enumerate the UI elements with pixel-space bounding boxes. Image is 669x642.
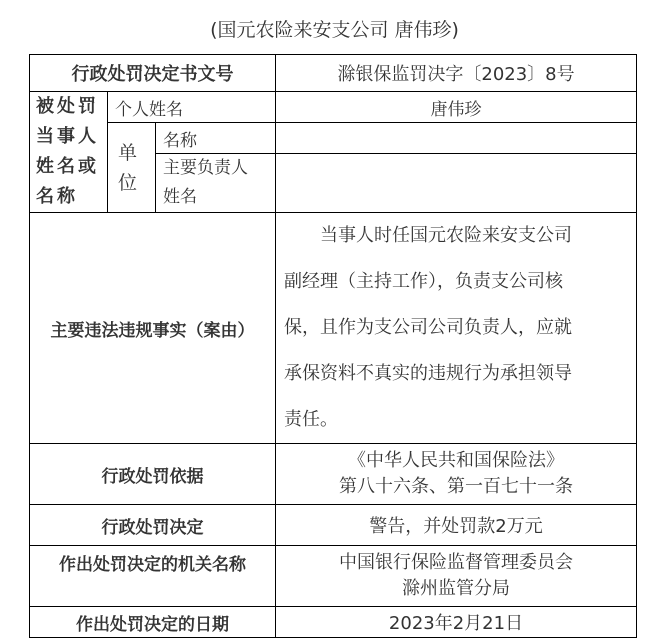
decision-value: 警告，并处罚款2万元: [276, 505, 637, 546]
party-label-line: 当事人: [36, 122, 107, 152]
decision-label: 行政处罚决定: [30, 505, 276, 546]
authority-value: 中国银行保险监督管理委员会 滁州监管分局: [276, 546, 637, 607]
document-title: (国元农险来安支公司 唐伟珍): [0, 16, 669, 44]
unit-name-value: [276, 123, 637, 154]
individual-name-value: 唐伟珍: [276, 92, 637, 123]
date-label: 作出处罚决定的日期: [30, 607, 276, 638]
facts-value: 当事人时任国元农险来安支公司 副经理（主持工作），负责支公司核 保，且作为支公司…: [276, 213, 637, 444]
row-unit-name: 单 位 名称: [30, 123, 637, 154]
authority-line: 滁州监管分局: [276, 576, 636, 602]
date-value: 2023年2月21日: [276, 607, 637, 638]
facts-line: 副经理（主持工作），负责支公司核: [284, 259, 628, 305]
penalty-table: 行政处罚决定书文号 滁银保监罚决字〔2023〕8号 被处罚 当事人 姓名或 名称…: [29, 54, 637, 638]
facts-line: 责任。: [284, 397, 628, 443]
basis-line: 《中华人民共和国保险法》: [276, 448, 636, 474]
row-individual: 被处罚 当事人 姓名或 名称 个人姓名 唐伟珍: [30, 92, 637, 123]
row-facts: 主要违法违规事实（案由） 当事人时任国元农险来安支公司 副经理（主持工作），负责…: [30, 213, 637, 444]
row-basis: 行政处罚依据 《中华人民共和国保险法》 第八十六条、第一百七十一条: [30, 444, 637, 505]
party-label-line: 名称: [36, 182, 107, 212]
row-authority: 作出处罚决定的机关名称 中国银行保险监督管理委员会 滁州监管分局: [30, 546, 637, 607]
unit-head-label: 主要负责人 姓名: [156, 154, 276, 213]
unit-label-line: 位: [118, 168, 155, 198]
unit-label-line: 单: [118, 138, 155, 168]
basis-line: 第八十六条、第一百七十一条: [276, 474, 636, 500]
doc-number-value: 滁银保监罚决字〔2023〕8号: [276, 55, 637, 92]
party-label-line: 姓名或: [36, 152, 107, 182]
facts-line: 当事人时任国元农险来安支公司: [284, 213, 628, 259]
unit-head-label-line: 姓名: [163, 183, 275, 212]
row-date: 作出处罚决定的日期 2023年2月21日: [30, 607, 637, 638]
authority-line: 中国银行保险监督管理委员会: [276, 550, 636, 576]
basis-label: 行政处罚依据: [30, 444, 276, 505]
facts-line: 承保资料不真实的违规行为承担领导: [284, 351, 628, 397]
row-doc-number: 行政处罚决定书文号 滁银保监罚决字〔2023〕8号: [30, 55, 637, 92]
unit-head-value: [276, 154, 637, 213]
basis-value: 《中华人民共和国保险法》 第八十六条、第一百七十一条: [276, 444, 637, 505]
unit-label: 单 位: [108, 123, 156, 213]
individual-name-label: 个人姓名: [108, 92, 276, 123]
party-label: 被处罚 当事人 姓名或 名称: [30, 92, 108, 213]
doc-number-label: 行政处罚决定书文号: [30, 55, 276, 92]
row-decision: 行政处罚决定 警告，并处罚款2万元: [30, 505, 637, 546]
authority-label: 作出处罚决定的机关名称: [30, 546, 276, 607]
unit-head-label-line: 主要负责人: [163, 154, 275, 183]
party-label-line: 被处罚: [36, 92, 107, 122]
facts-line: 保，且作为支公司公司负责人，应就: [284, 305, 628, 351]
unit-name-label: 名称: [156, 123, 276, 154]
facts-label: 主要违法违规事实（案由）: [30, 213, 276, 444]
